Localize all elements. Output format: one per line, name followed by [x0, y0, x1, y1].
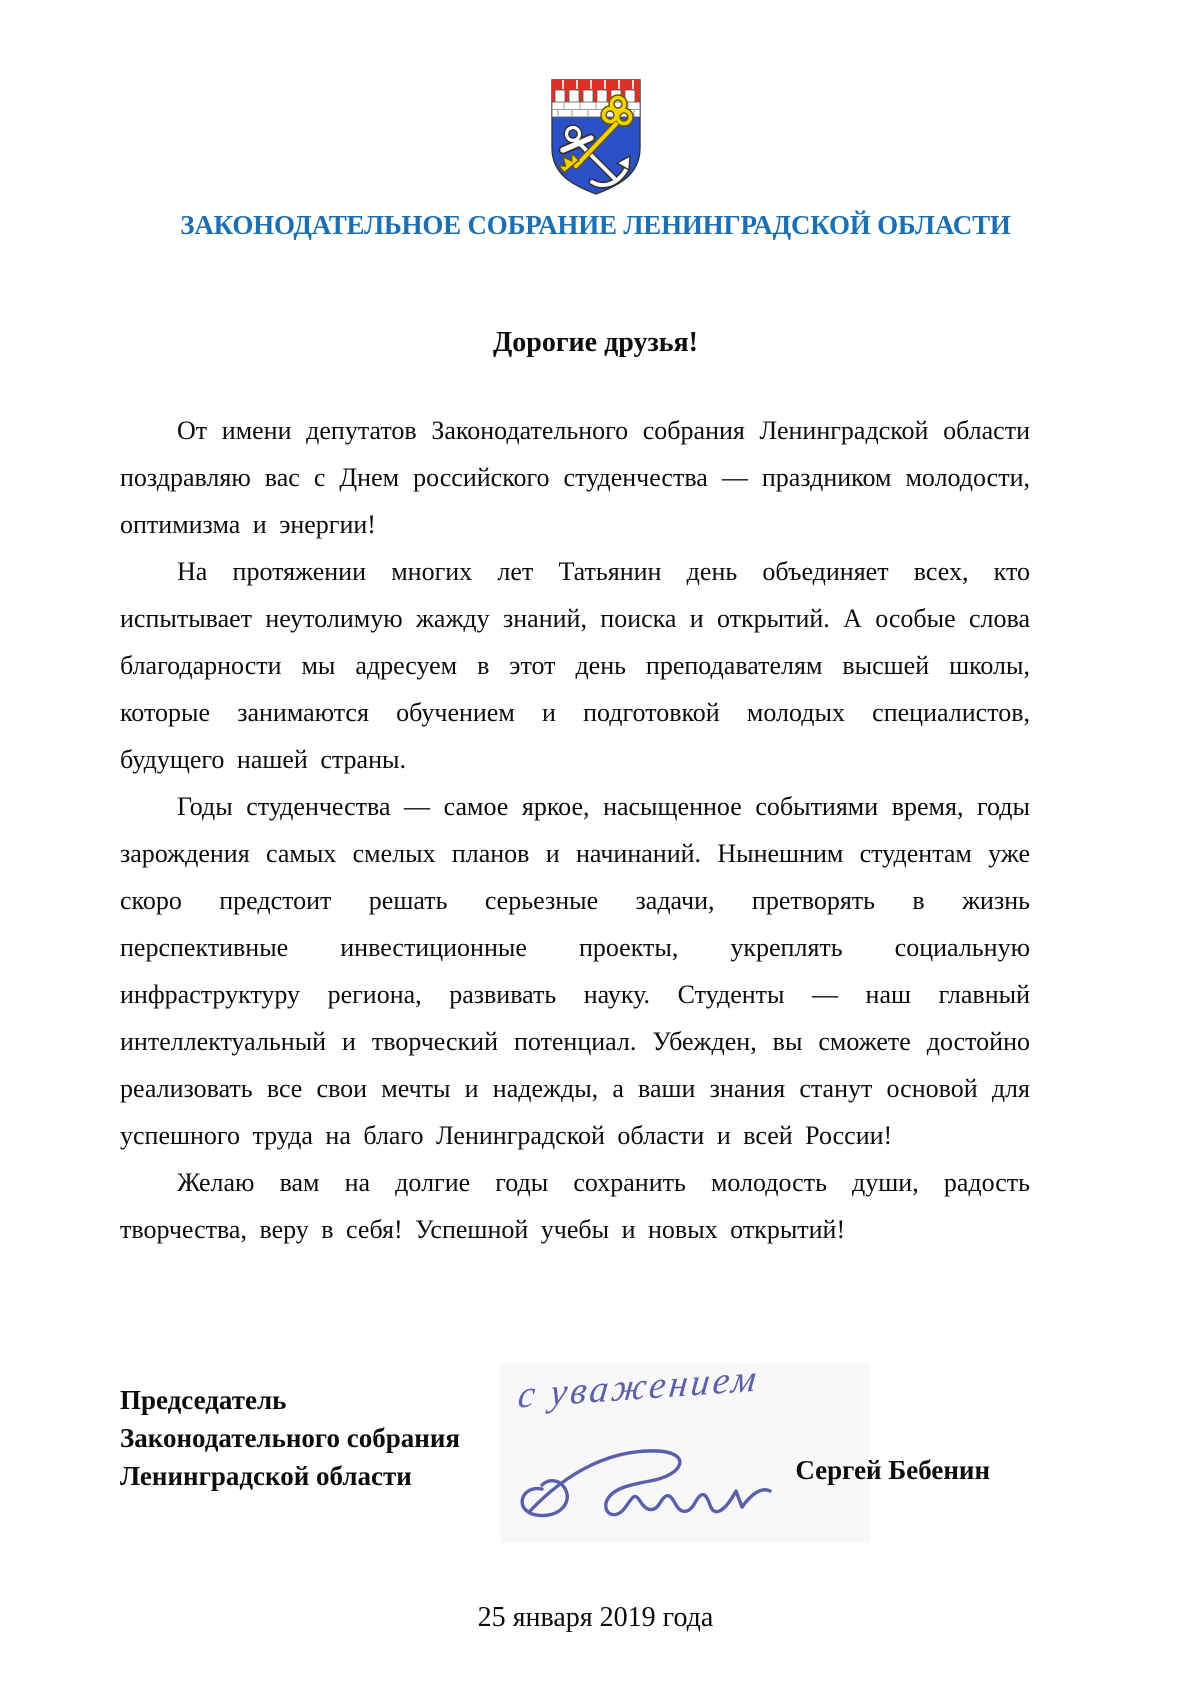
letter-page: ЗАКОНОДАТЕЛЬНОЕ СОБРАНИЕ ЛЕНИНГРАДСКОЙ О… — [0, 0, 1191, 1684]
date-line: 25 января 2019 года — [0, 1602, 1191, 1634]
salutation-heading: Дорогие друзья! — [0, 327, 1191, 359]
signature-scribble-icon — [508, 1427, 838, 1542]
paragraph-2: На протяжении многих лет Татьянин день о… — [120, 548, 1030, 783]
signature-block: Председатель Законодательного собрания Л… — [120, 1381, 1030, 1546]
paragraph-3: Годы студенчества — самое яркое, насыщен… — [120, 783, 1030, 1159]
letter-body: От имени депутатов Законодательного собр… — [120, 407, 1030, 1253]
coat-of-arms-icon — [550, 78, 642, 196]
paragraph-4: Желаю вам на долгие годы сохранить молод… — [120, 1159, 1030, 1253]
paragraph-1: От имени депутатов Законодательного собр… — [120, 407, 1030, 548]
org-title: ЗАКОНОДАТЕЛЬНОЕ СОБРАНИЕ ЛЕНИНГРАДСКОЙ О… — [0, 210, 1191, 241]
signer-name: Сергей Бебенин — [795, 1455, 990, 1486]
